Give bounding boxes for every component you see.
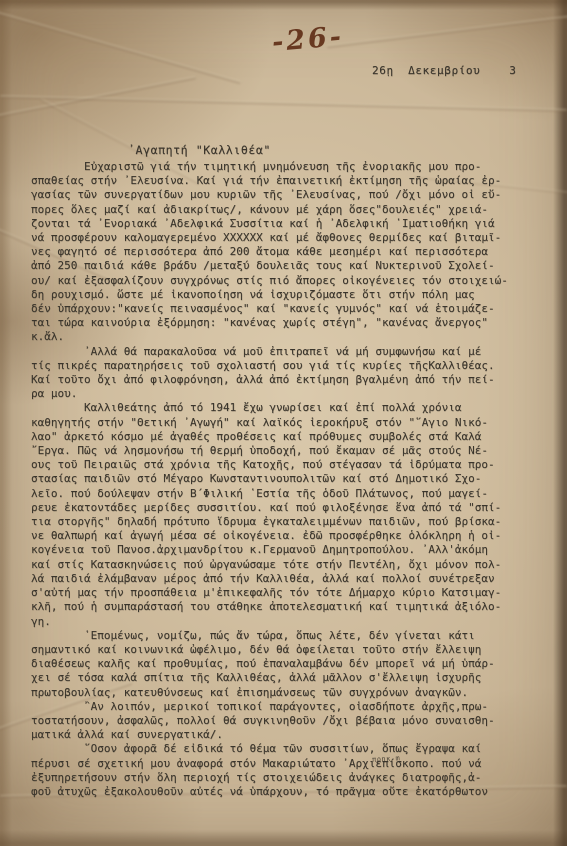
paragraph-4: ῾Επομένως, νομίζω, πώς ἄν τώρα, ὅπως λέτ… [31,629,563,700]
handwritten-page-number: -26- [271,21,345,58]
paragraph-5: ῍Αν λοιπόν, μερικοί τοπικοί παράγοντες, … [31,700,563,743]
scanned-letter-page: -26- 26ῃ Δεκεμβρίου 3 ᾽Αγαπητή "Καλλιθέα… [0,0,567,846]
paragraph-1: Εὐχαριστῶ γιά τήν τιμητική μνημόνευση τῆ… [31,160,563,345]
paragraph-6: ῞Οσον ἀφορᾶ δέ εἰδικά τό θέμα τῶν συσσιτ… [31,742,563,799]
paper-crease [0,76,196,119]
letter-body: Εὐχαριστῶ γιά τήν τιμητική μνημόνευση τῆ… [31,160,563,799]
salutation: ᾽Αγαπητή "Καλλιθέα" [128,143,271,157]
paper-crease [0,7,241,84]
date-line: 26ῃ Δεκεμβρίου 3 [372,64,516,77]
interline-annotation: πρηκ m [372,754,401,763]
paragraph-3: Καλλιθεάτης ἀπό τό 1941 ἔχω γνωρίσει καί… [31,401,563,628]
paper-crease [327,15,567,48]
paper-crease [0,95,567,112]
paragraph-2: ᾽Αλλά θά παρακαλοῦσα νά μοῦ ἐπιτραπεῖ νά… [31,345,563,402]
